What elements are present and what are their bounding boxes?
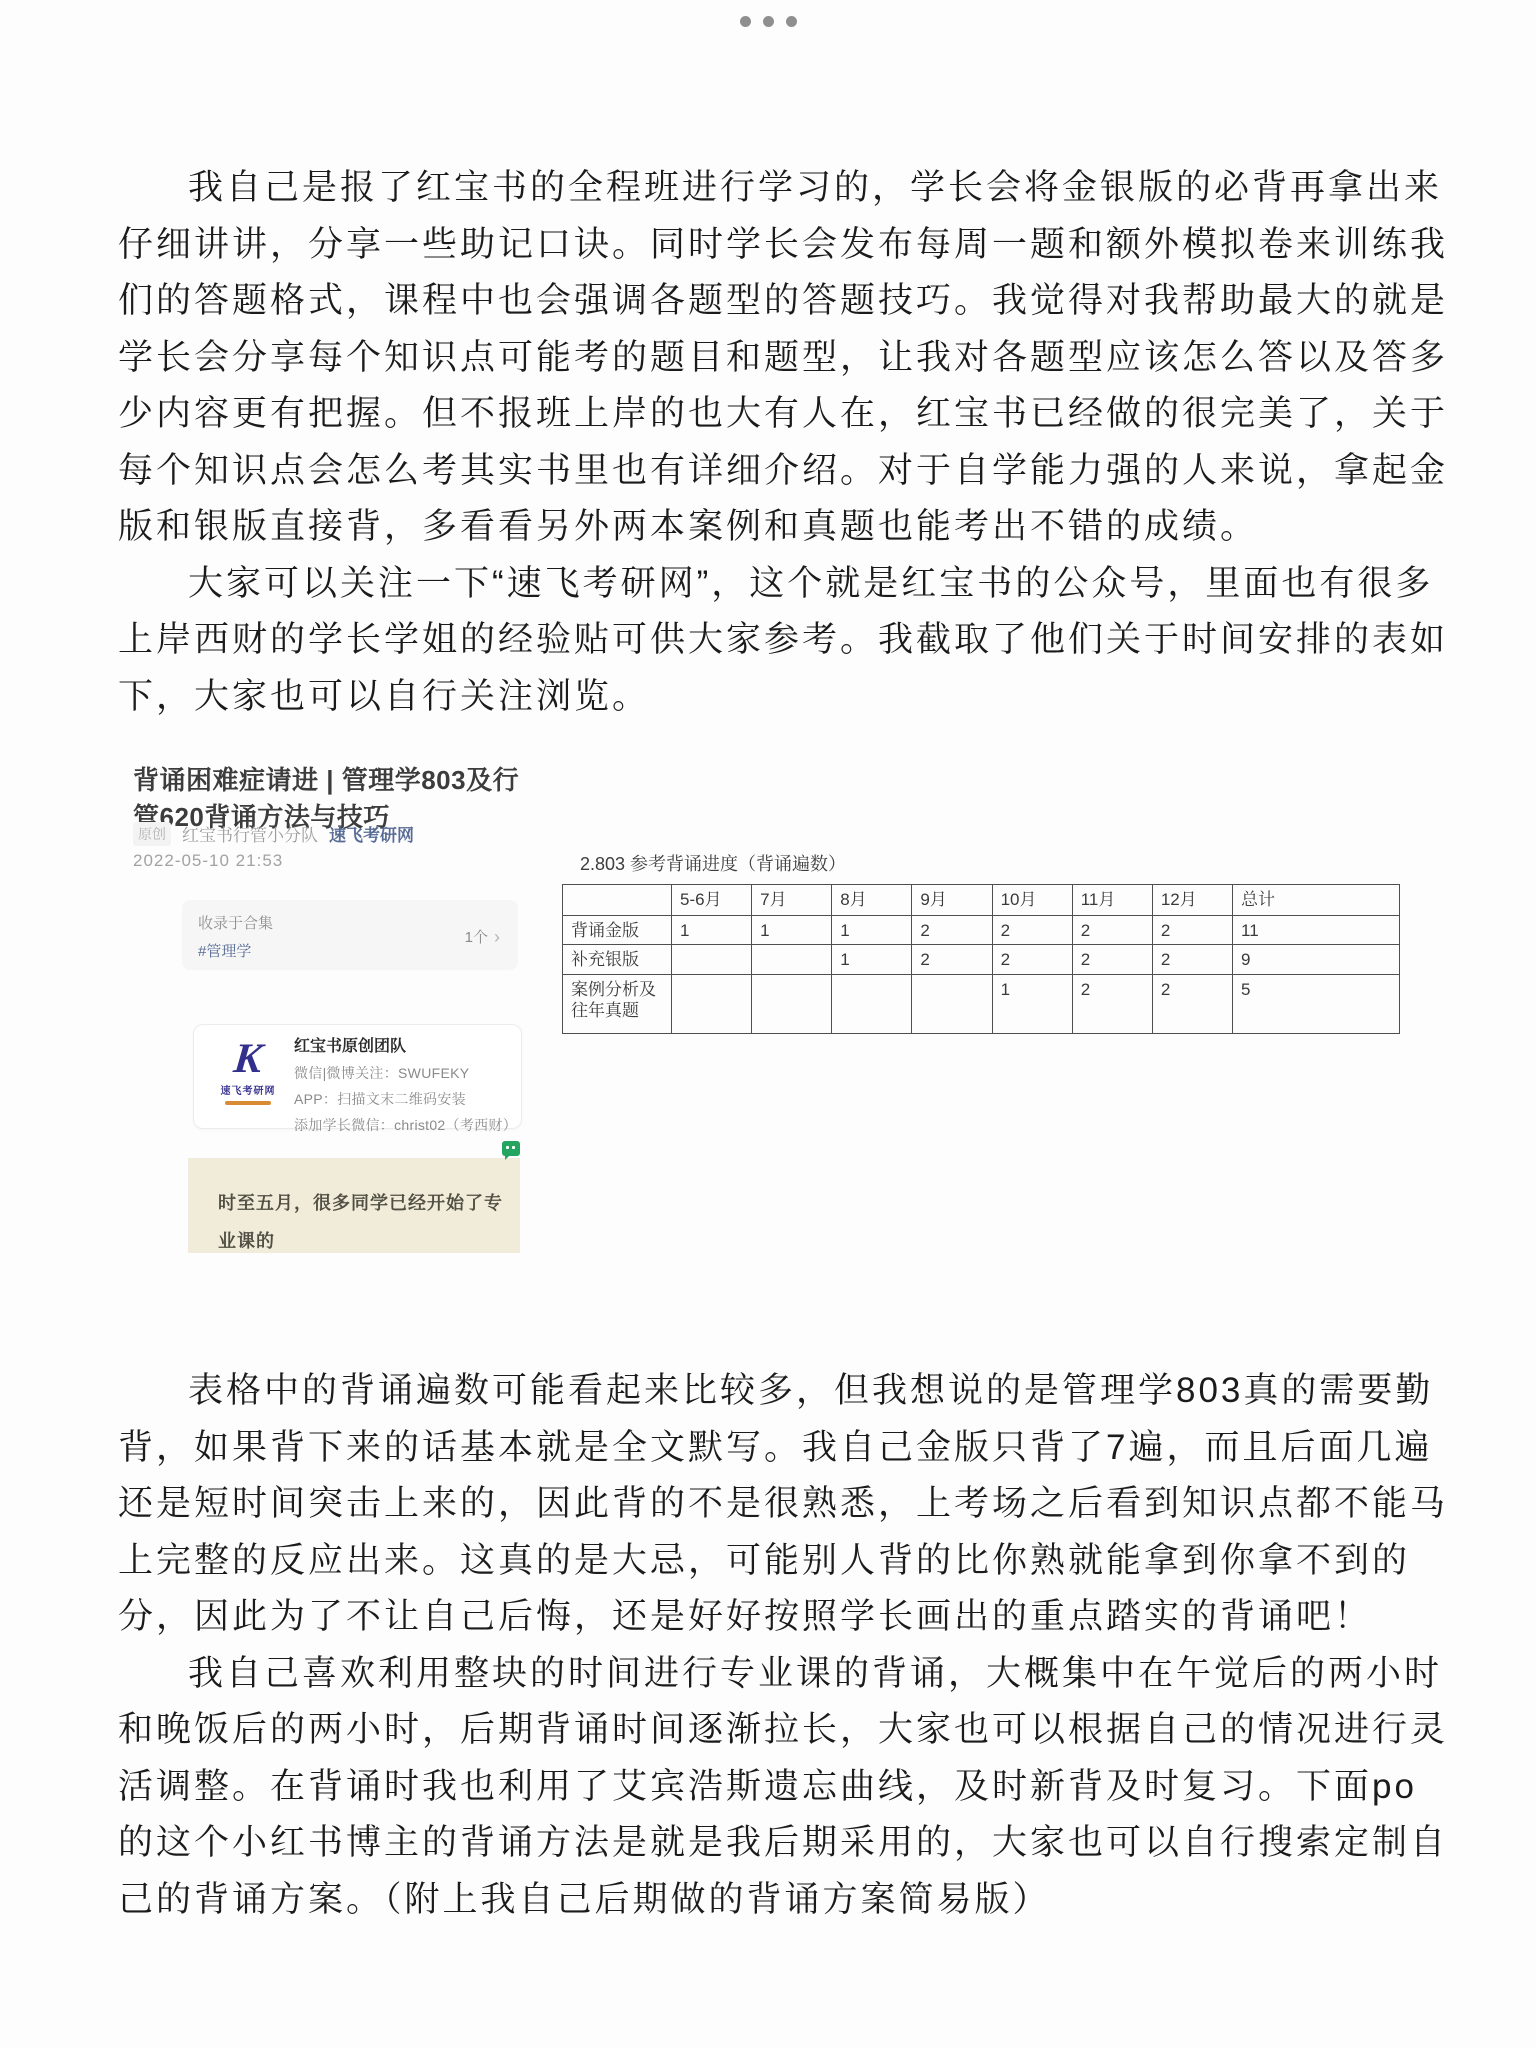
collection-count-text: 1个 bbox=[465, 926, 488, 947]
table-cell: 1 bbox=[832, 916, 912, 945]
table-cell: 1 bbox=[992, 975, 1072, 1034]
table-cell: 2 bbox=[912, 916, 992, 945]
table-cell bbox=[832, 975, 912, 1034]
table-header-cell: 5-6月 bbox=[672, 885, 752, 916]
table-cell bbox=[672, 945, 752, 975]
table-header-cell: 11月 bbox=[1072, 885, 1152, 916]
table-header-cell: 10月 bbox=[992, 885, 1072, 916]
table-cell: 9 bbox=[1233, 945, 1400, 975]
author-name: 红宝书行管小分队 bbox=[182, 821, 318, 846]
table-cell: 1 bbox=[832, 945, 912, 975]
table-cell: 2 bbox=[1072, 945, 1152, 975]
table-cell: 1 bbox=[752, 916, 832, 945]
collection-card[interactable]: 收录于合集 #管理学 1个 › bbox=[182, 900, 518, 970]
collection-label: 收录于合集 bbox=[198, 912, 273, 933]
team-card-title: 红宝书原创团队 bbox=[294, 1033, 406, 1056]
logo-k-glyph: K bbox=[210, 1037, 287, 1081]
chevron-right-icon: › bbox=[494, 928, 500, 946]
dot-icon bbox=[763, 16, 774, 27]
table-caption: 2.803 参考背诵进度（背诵遍数） bbox=[580, 850, 846, 876]
table-cell: 2 bbox=[992, 945, 1072, 975]
body-paragraph-2: 大家可以关注一下“速飞考研网”，这个就是红宝书的公众号，里面也有很多上岸西财的学… bbox=[118, 556, 1452, 726]
table-header-row: 5-6月7月8月9月10月11月12月总计 bbox=[563, 885, 1400, 916]
table-row: 补充银版122229 bbox=[563, 945, 1400, 975]
table-row-label: 补充银版 bbox=[563, 945, 672, 975]
table-cell: 1 bbox=[672, 916, 752, 945]
table-header-cell: 总计 bbox=[1233, 885, 1400, 916]
logo-tagline bbox=[225, 1101, 271, 1105]
table-header-cell: 8月 bbox=[832, 885, 912, 916]
publish-date: 2022-05-10 21:53 bbox=[133, 851, 283, 871]
table-header-cell: 12月 bbox=[1152, 885, 1232, 916]
collection-count: 1个 › bbox=[465, 926, 500, 947]
table-header-cell: 7月 bbox=[752, 885, 832, 916]
body-paragraph-1: 我自己是报了红宝书的全程班进行学习的，学长会将金银版的必背再拿出来仔细讲讲，分享… bbox=[118, 160, 1452, 556]
table-header-cell: 9月 bbox=[912, 885, 992, 916]
team-info-line: APP：扫描文末二维码安装 bbox=[294, 1089, 466, 1109]
logo-caption: 速飞考研网 bbox=[212, 1082, 284, 1097]
table-cell: 11 bbox=[1233, 916, 1400, 945]
table-cell: 5 bbox=[1233, 975, 1400, 1034]
team-info-line: 微信|微博关注：SWUFEKY bbox=[294, 1063, 469, 1083]
table-row: 案例分析及往年真题1225 bbox=[563, 975, 1400, 1034]
table-cell: 2 bbox=[1152, 945, 1232, 975]
team-card: K 速飞考研网 红宝书原创团队 微信|微博关注：SWUFEKY APP：扫描文末… bbox=[193, 1024, 522, 1129]
account-link[interactable]: 速飞考研网 bbox=[329, 821, 414, 846]
table-row: 背诵金版111222211 bbox=[563, 916, 1400, 945]
embedded-screenshot: 背诵困难症请进 | 管理学803及行管620背诵方法与技巧 原创 红宝书行管小分… bbox=[118, 757, 1452, 1253]
table-cell: 2 bbox=[1152, 916, 1232, 945]
table-header-cell bbox=[563, 885, 672, 916]
table-cell bbox=[752, 945, 832, 975]
document-content: 我自己是报了红宝书的全程班进行学习的，学长会将金银版的必背再拿出来仔细讲讲，分享… bbox=[118, 160, 1452, 1928]
quote-box: 时至五月，很多同学已经开始了专业课的 复习，考研行政管理的同学们需要背诵 bbox=[188, 1158, 520, 1253]
table-cell: 2 bbox=[912, 945, 992, 975]
table-cell: 2 bbox=[1072, 916, 1152, 945]
table-cell bbox=[912, 975, 992, 1034]
collection-tag-link[interactable]: #管理学 bbox=[198, 940, 251, 961]
table-row-label: 背诵金版 bbox=[563, 916, 672, 945]
quote-bubble-icon bbox=[502, 1141, 520, 1156]
original-badge: 原创 bbox=[133, 822, 171, 846]
table-cell: 2 bbox=[992, 916, 1072, 945]
more-options-button[interactable] bbox=[0, 16, 1536, 27]
table-cell: 2 bbox=[1152, 975, 1232, 1034]
progress-table: 5-6月7月8月9月10月11月12月总计背诵金版111222211补充银版12… bbox=[562, 884, 1400, 1034]
dot-icon bbox=[740, 16, 751, 27]
byline: 原创 红宝书行管小分队 速飞考研网 bbox=[133, 821, 414, 846]
table-row-label: 案例分析及往年真题 bbox=[563, 975, 672, 1034]
dot-icon bbox=[786, 16, 797, 27]
body-paragraph-3: 表格中的背诵遍数可能看起来比较多，但我想说的是管理学803真的需要勤背，如果背下… bbox=[118, 1363, 1452, 1646]
table-cell bbox=[752, 975, 832, 1034]
team-info-line: 添加学长微信：christ02（考西财） bbox=[294, 1115, 517, 1135]
table-cell: 2 bbox=[1072, 975, 1152, 1034]
table-cell bbox=[672, 975, 752, 1034]
page: 我自己是报了红宝书的全程班进行学习的，学长会将金银版的必背再拿出来仔细讲讲，分享… bbox=[0, 0, 1536, 2048]
sufei-logo: K 速飞考研网 bbox=[212, 1037, 284, 1105]
body-paragraph-4: 我自己喜欢利用整块的时间进行专业课的背诵，大概集中在午觉后的两小时和晚饭后的两小… bbox=[118, 1646, 1452, 1929]
quote-line: 时至五月，很多同学已经开始了专业课的 bbox=[188, 1158, 520, 1253]
